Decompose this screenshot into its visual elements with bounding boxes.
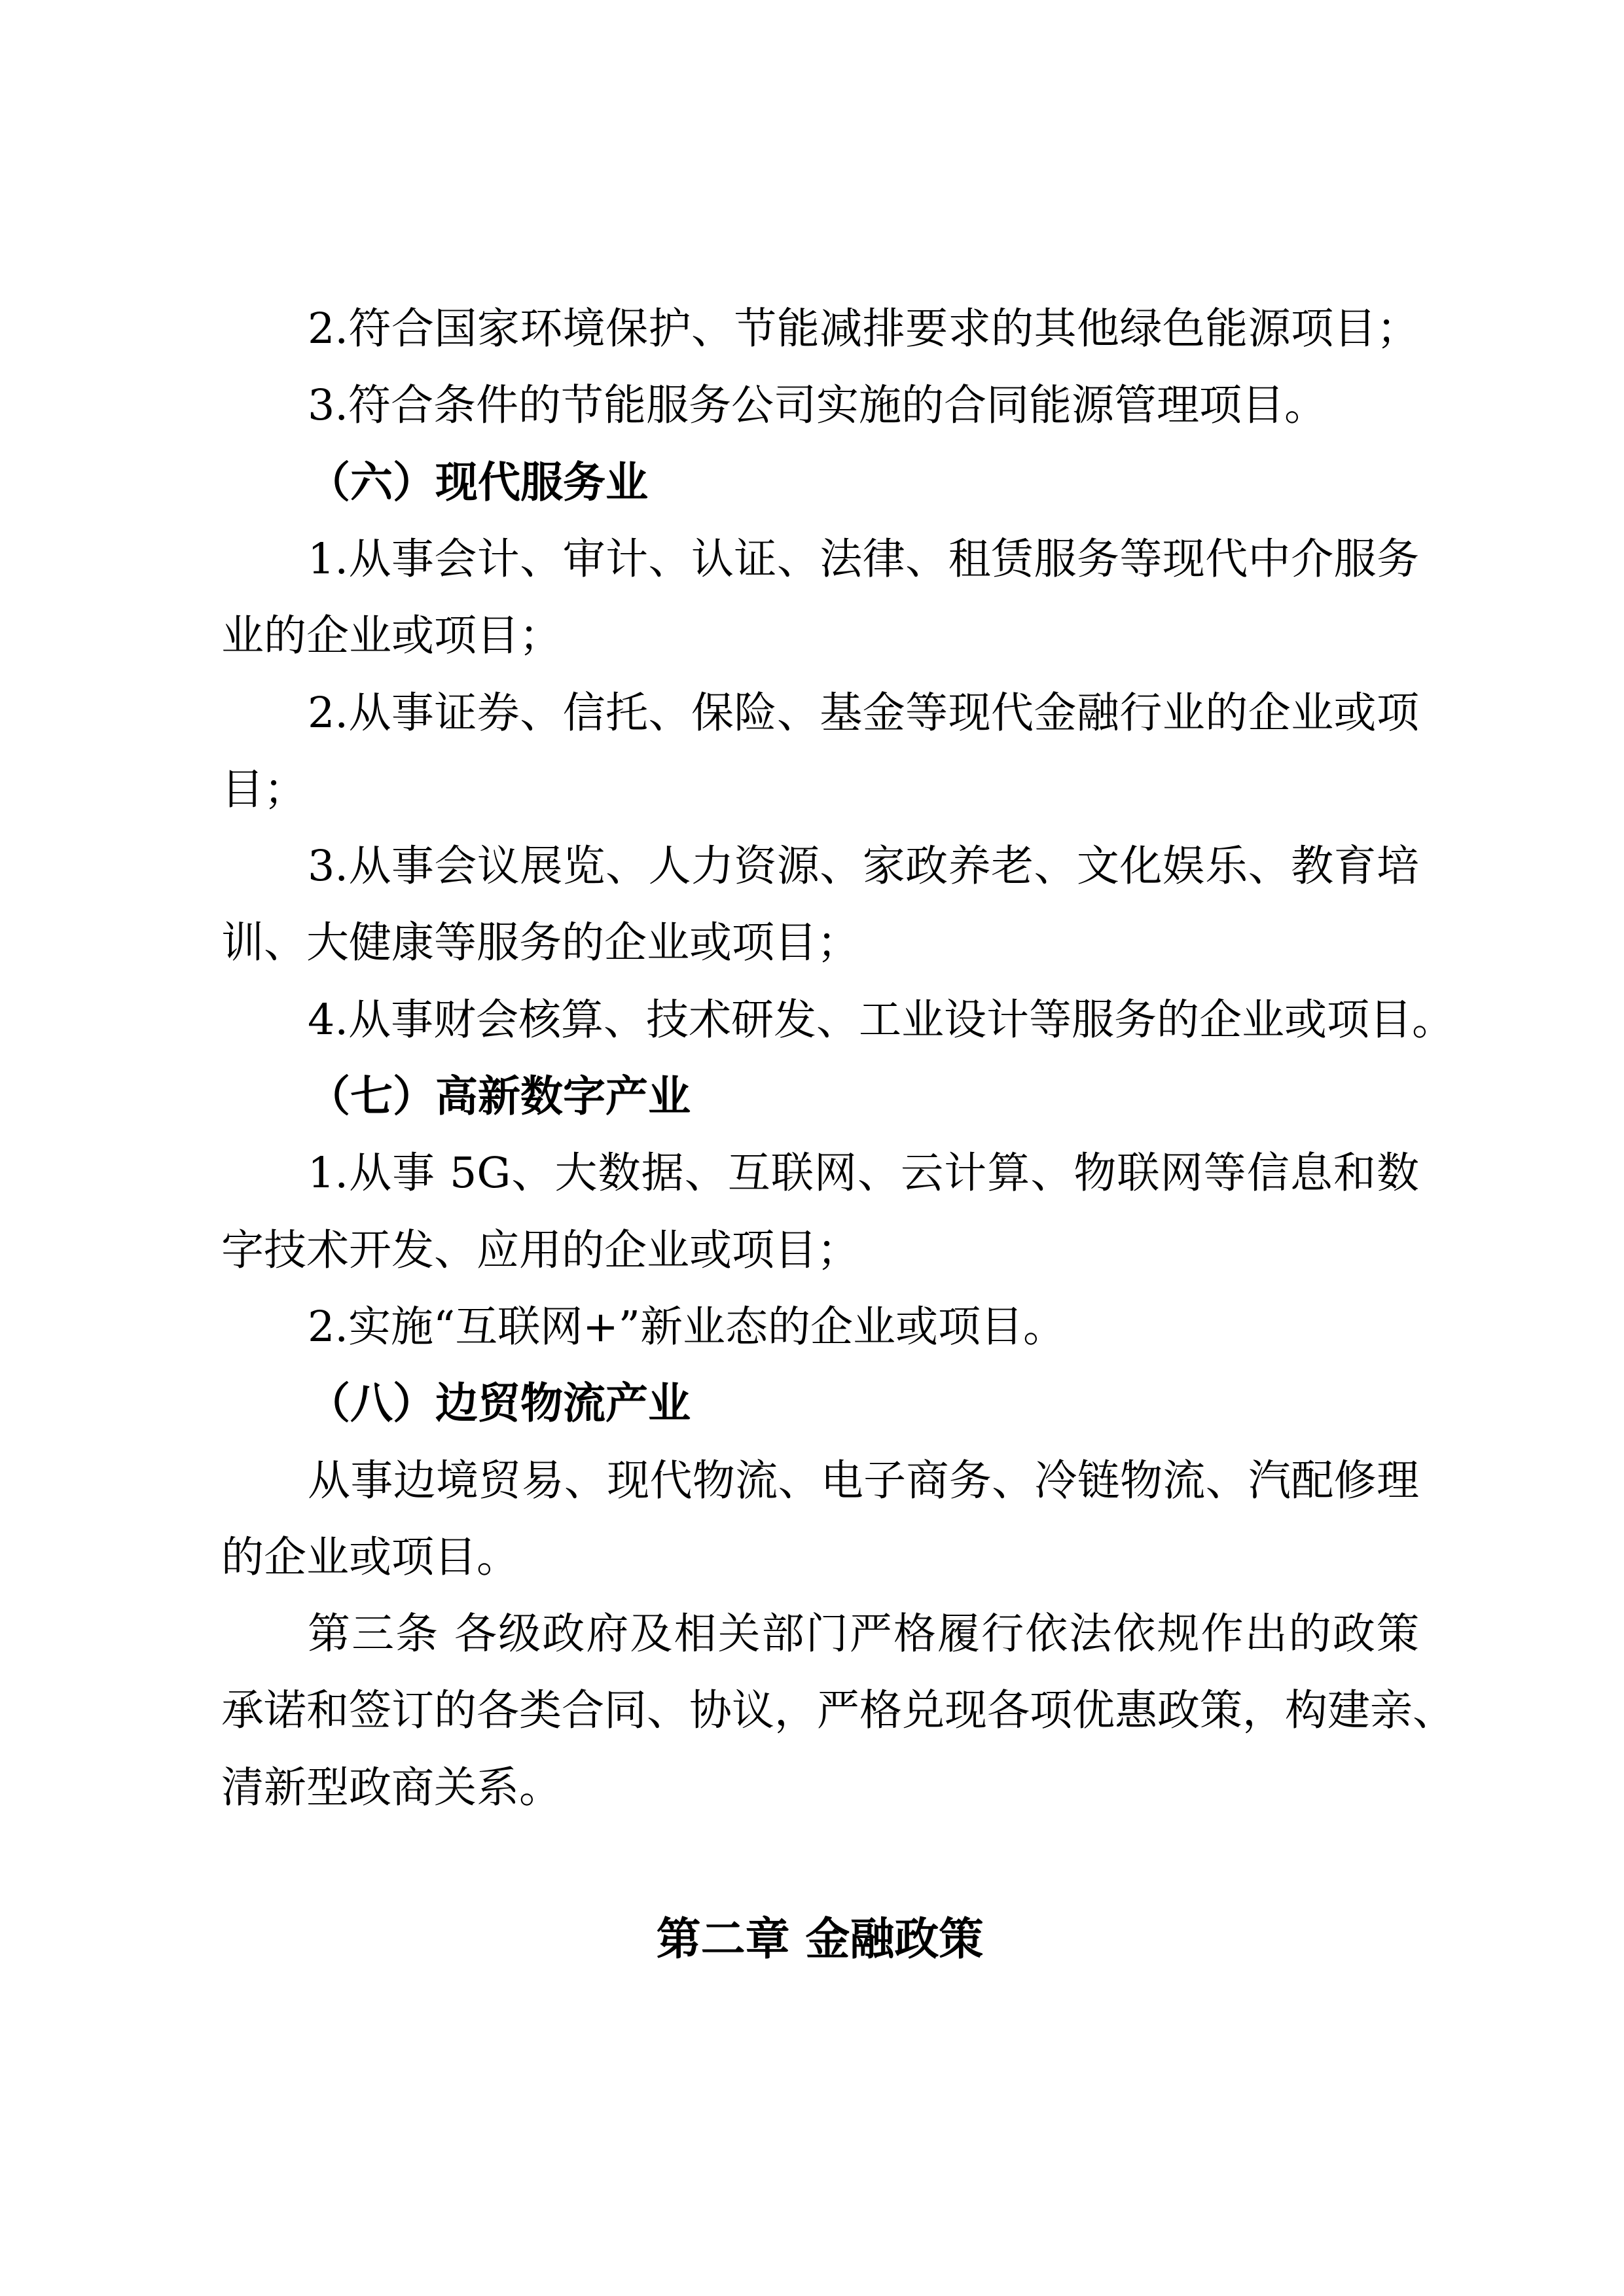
list-item-5g-bigdata: 1.从事 5G、大数据、互联网、云计算、物联网等信息和数 xyxy=(308,1135,1419,1211)
list-item-accounting-rd: 4.从事财会核算、技术研发、工业设计等服务的企业或项目。 xyxy=(308,982,1419,1058)
list-item-continuation: 目； xyxy=(221,751,1419,828)
list-item-continuation: 字技术开发、应用的企业或项目； xyxy=(221,1212,1419,1289)
list-item-energy-management: 3.符合条件的节能服务公司实施的合同能源管理项目。 xyxy=(308,367,1419,444)
list-item-intermediary-services: 1.从事会计、审计、认证、法律、租赁服务等现代中介服务 xyxy=(308,521,1419,598)
list-item-continuation: 训、大健康等服务的企业或项目； xyxy=(221,905,1419,981)
list-item-internet-plus: 2.实施“互联网+”新业态的企业或项目。 xyxy=(308,1289,1419,1365)
section-heading-modern-services: （六）现代服务业 xyxy=(308,444,1419,521)
list-item-exhibition-services: 3.从事会议展览、人力资源、家政养老、文化娱乐、教育培 xyxy=(308,828,1419,905)
list-item-border-trade: 从事边境贸易、现代物流、电子商务、冷链物流、汽配修理 xyxy=(308,1443,1419,1519)
article-three-continuation: 承诺和签订的各类合同、协议，严格兑现各项优惠政策，构建亲、 xyxy=(221,1672,1419,1749)
list-item-continuation: 业的企业或项目； xyxy=(221,598,1419,674)
article-three: 第三条 各级政府及相关部门严格履行依法依规作出的政策 xyxy=(308,1596,1419,1672)
document-page: 2.符合国家环境保护、节能减排要求的其他绿色能源项目； 3.符合条件的节能服务公… xyxy=(0,0,1624,2296)
list-item-financial-services: 2.从事证券、信托、保险、基金等现代金融行业的企业或项 xyxy=(308,675,1419,751)
section-heading-digital-industry: （七）高新数字产业 xyxy=(308,1058,1419,1135)
article-three-continuation: 清新型政商关系。 xyxy=(221,1749,1419,1826)
section-heading-border-logistics: （八）边贸物流产业 xyxy=(308,1365,1419,1442)
chapter-title: 第二章 金融政策 xyxy=(0,1901,1624,1978)
list-item-green-energy: 2.符合国家环境保护、节能减排要求的其他绿色能源项目； xyxy=(308,291,1419,367)
list-item-continuation: 的企业或项目。 xyxy=(221,1519,1419,1596)
